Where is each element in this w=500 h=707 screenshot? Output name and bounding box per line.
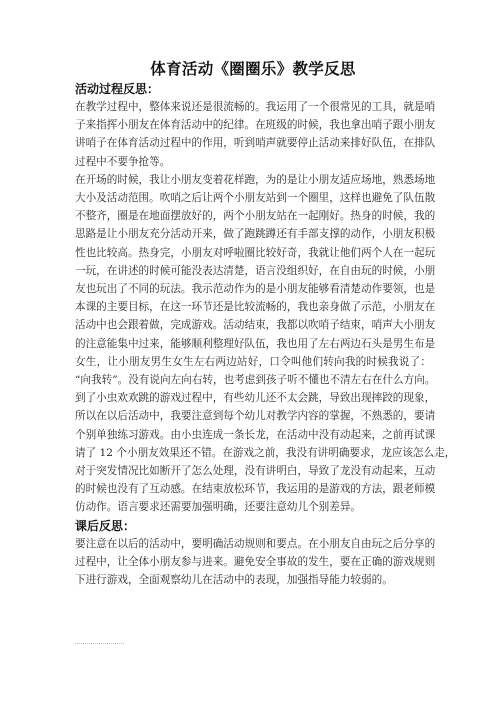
text-line: 不整齐，圈是在地面摆放好的，两个小朋友站在一起刚好。热身的时候，我的 [75,207,431,225]
text-line: 活动中也会跟着做，完成游戏。活动结束，我都以吹哨子结束，哨声大小朋友 [75,316,431,334]
text-line: 在教学过程中，整体来说还是很流畅的。我运用了一个很常见的工具，就是哨 [75,98,431,116]
section-process-reflection: 活动过程反思： 在教学过程中，整体来说还是很流畅的。我运用了一个很常见的工具，就… [75,80,431,517]
text-line: 女生，让小朋友男生女生左右两边站好，口令叫他们转向我的时候我说了： [75,353,431,371]
text-line: 过程中不要争抢等。 [75,153,431,171]
section-heading: 活动过程反思： [75,80,431,98]
text-line: 本课的主要目标，在这一环节还是比较流畅的，我也亲身做了示范，小朋友在 [75,298,431,316]
text-line: 要注意在以后的活动中，要明确活动规则和要点。在小朋友自由玩之后分享的 [75,535,431,553]
document-title: 体育活动《圈圈乐》教学反思 [75,58,431,80]
footer-dotted-rule [75,643,124,644]
paragraph: 在教学过程中，整体来说还是很流畅的。我运用了一个很常见的工具，就是哨 子来指挥小… [75,98,431,171]
text-line: 请了 12 个小朋友效果还不错。在游戏之前，我没有讲明确要求，龙应该怎么走， [75,444,431,462]
text-line: 大小及活动范围。吹哨之后让两个小朋友站到一个圈里，这样也避免了队伍散 [75,189,431,207]
text-line: 对于突发情况比如断开了怎么处理，没有讲明白，导致了龙没有动起来，互动 [75,462,431,480]
text-line: 个别单独练习游戏。由小虫连成一条长龙，在活动中没有动起来，之前再试课 [75,426,431,444]
text-line: 讲哨子在体育活动过程中的作用，听到哨声就要停止活动来排好队伍，在排队 [75,134,431,152]
text-line: 友也玩出了不同的玩法。我示范动作为的是小朋友能够看清楚动作要领，也是 [75,280,431,298]
text-line: 下进行游戏，全面观察幼儿在活动中的表现，加强指导能力较弱的。 [75,571,431,589]
text-line: 子来指挥小朋友在体育活动中的纪律。在班级的时候，我也拿出哨子跟小朋友 [75,116,431,134]
text-line: 所以在以后活动中，我要注意到每个幼儿对教学内容的掌握，不熟悉的，要请 [75,407,431,425]
text-line: 的注意能集中过来，能够顺利整理好队伍，我也用了左右两边石头是男生布是 [75,335,431,353]
text-line: 的时候也没有了互动感。在结束放松环节，我运用的是游戏的方法，跟老师模 [75,480,431,498]
section-heading: 课后反思： [75,517,431,535]
document-page: 体育活动《圈圈乐》教学反思 活动过程反思： 在教学过程中，整体来说还是很流畅的。… [75,58,431,589]
text-line: 一玩，在讲述的时候可能没表达清楚，语言没组织好，在自由玩的时候，小朋 [75,262,431,280]
text-line: 思路是让小朋友充分活动开来，做了跑跳蹲还有手部支撑的动作，小朋友积极 [75,225,431,243]
text-line: 在开场的时候，我让小朋友变着花样跑，为的是让小朋友适应场地，熟悉场地 [75,171,431,189]
paragraph: 要注意在以后的活动中，要明确活动规则和要点。在小朋友自由玩之后分享的 过程中，让… [75,535,431,590]
section-after-class-reflection: 课后反思： 要注意在以后的活动中，要明确活动规则和要点。在小朋友自由玩之后分享的… [75,517,431,590]
paragraph: 在开场的时候，我让小朋友变着花样跑，为的是让小朋友适应场地，熟悉场地 大小及活动… [75,171,431,517]
text-line: 性也比较高。热身完，小朋友对呼啦圈比较好奇，我就让他们两个人在一起玩 [75,244,431,262]
text-line: 仿动作。语言要求还需要加强明确，还要注意幼儿个别差异。 [75,498,431,516]
text-line: 到了小虫欢欢跳的游戏过程中，有些幼儿还不太会跳，导致出现摔跤的现象， [75,389,431,407]
text-line: 过程中，让全体小朋友参与进来。避免安全事故的发生，要在正确的游戏规则 [75,553,431,571]
text-line: “向我转”。没有说向左向右转，也考虑到孩子听不懂也不清左右在什么方向。 [75,371,431,389]
